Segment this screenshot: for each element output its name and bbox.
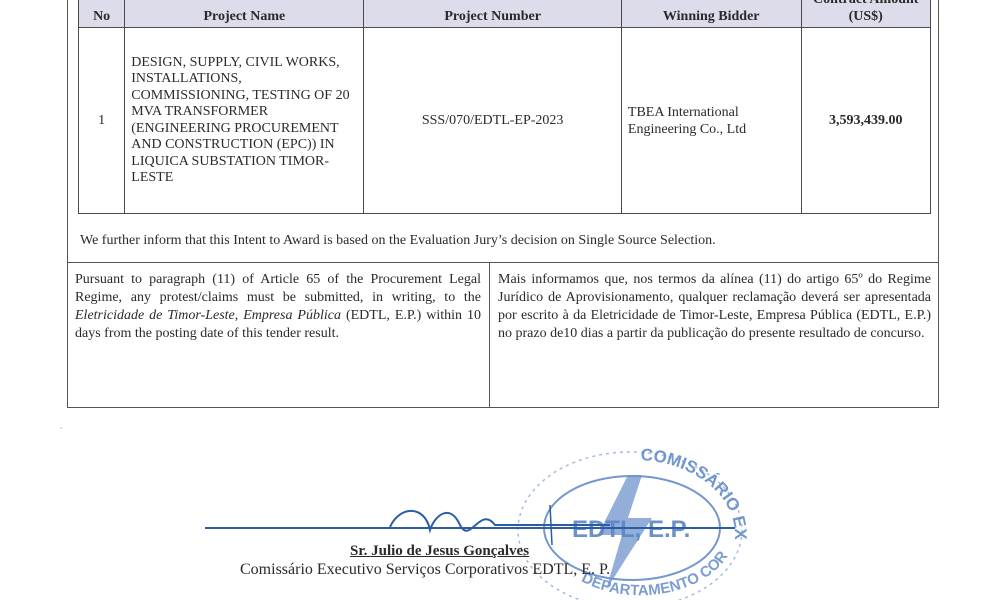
signatory-title: Comissário Executivo Serviços Corporativ… bbox=[240, 561, 610, 579]
header-project-number: Project Number bbox=[364, 0, 622, 28]
header-no: No bbox=[79, 0, 125, 28]
cell-contract-amount: 3,593,439.00 bbox=[801, 28, 931, 214]
cell-project-number: SSS/070/EDTL-EP-2023 bbox=[364, 28, 622, 214]
legal-notice-portuguese: Mais informamos que, nos termos da alíne… bbox=[490, 263, 939, 408]
legal-notice-box: Pursuant to paragraph (11) of Article 65… bbox=[67, 262, 939, 408]
scan-speck bbox=[60, 427, 62, 429]
header-contract-amount-line1: Contract Amount bbox=[813, 0, 918, 7]
header-winning-bidder: Winning Bidder bbox=[621, 0, 801, 28]
legal-notice-english: Pursuant to paragraph (11) of Article 65… bbox=[67, 263, 490, 408]
cell-no: 1 bbox=[79, 28, 125, 214]
table-header-row: No Project Name Project Number Winning B… bbox=[79, 0, 931, 28]
cell-project-name: DESIGN, SUPPLY, CIVIL WORKS, INSTALLATIO… bbox=[125, 28, 364, 214]
legal-en-entity-name: Eletricidade de Timor-Leste, Empresa Púb… bbox=[75, 308, 341, 323]
legal-en-text-1: Pursuant to paragraph (11) of Article 65… bbox=[75, 272, 481, 305]
header-project-name: Project Name bbox=[125, 0, 364, 28]
intent-note: We further inform that this Intent to Aw… bbox=[80, 233, 716, 249]
header-contract-amount: Contract Amount (US$) bbox=[801, 0, 931, 28]
signatory-name: Sr. Julio de Jesus Gonçalves bbox=[350, 543, 529, 560]
header-contract-amount-line2: (US$) bbox=[849, 9, 883, 24]
cell-winning-bidder: TBEA International Engineering Co., Ltd bbox=[621, 28, 801, 214]
award-table: No Project Name Project Number Winning B… bbox=[78, 0, 931, 214]
table-row: 1 DESIGN, SUPPLY, CIVIL WORKS, INSTALLAT… bbox=[79, 28, 931, 214]
